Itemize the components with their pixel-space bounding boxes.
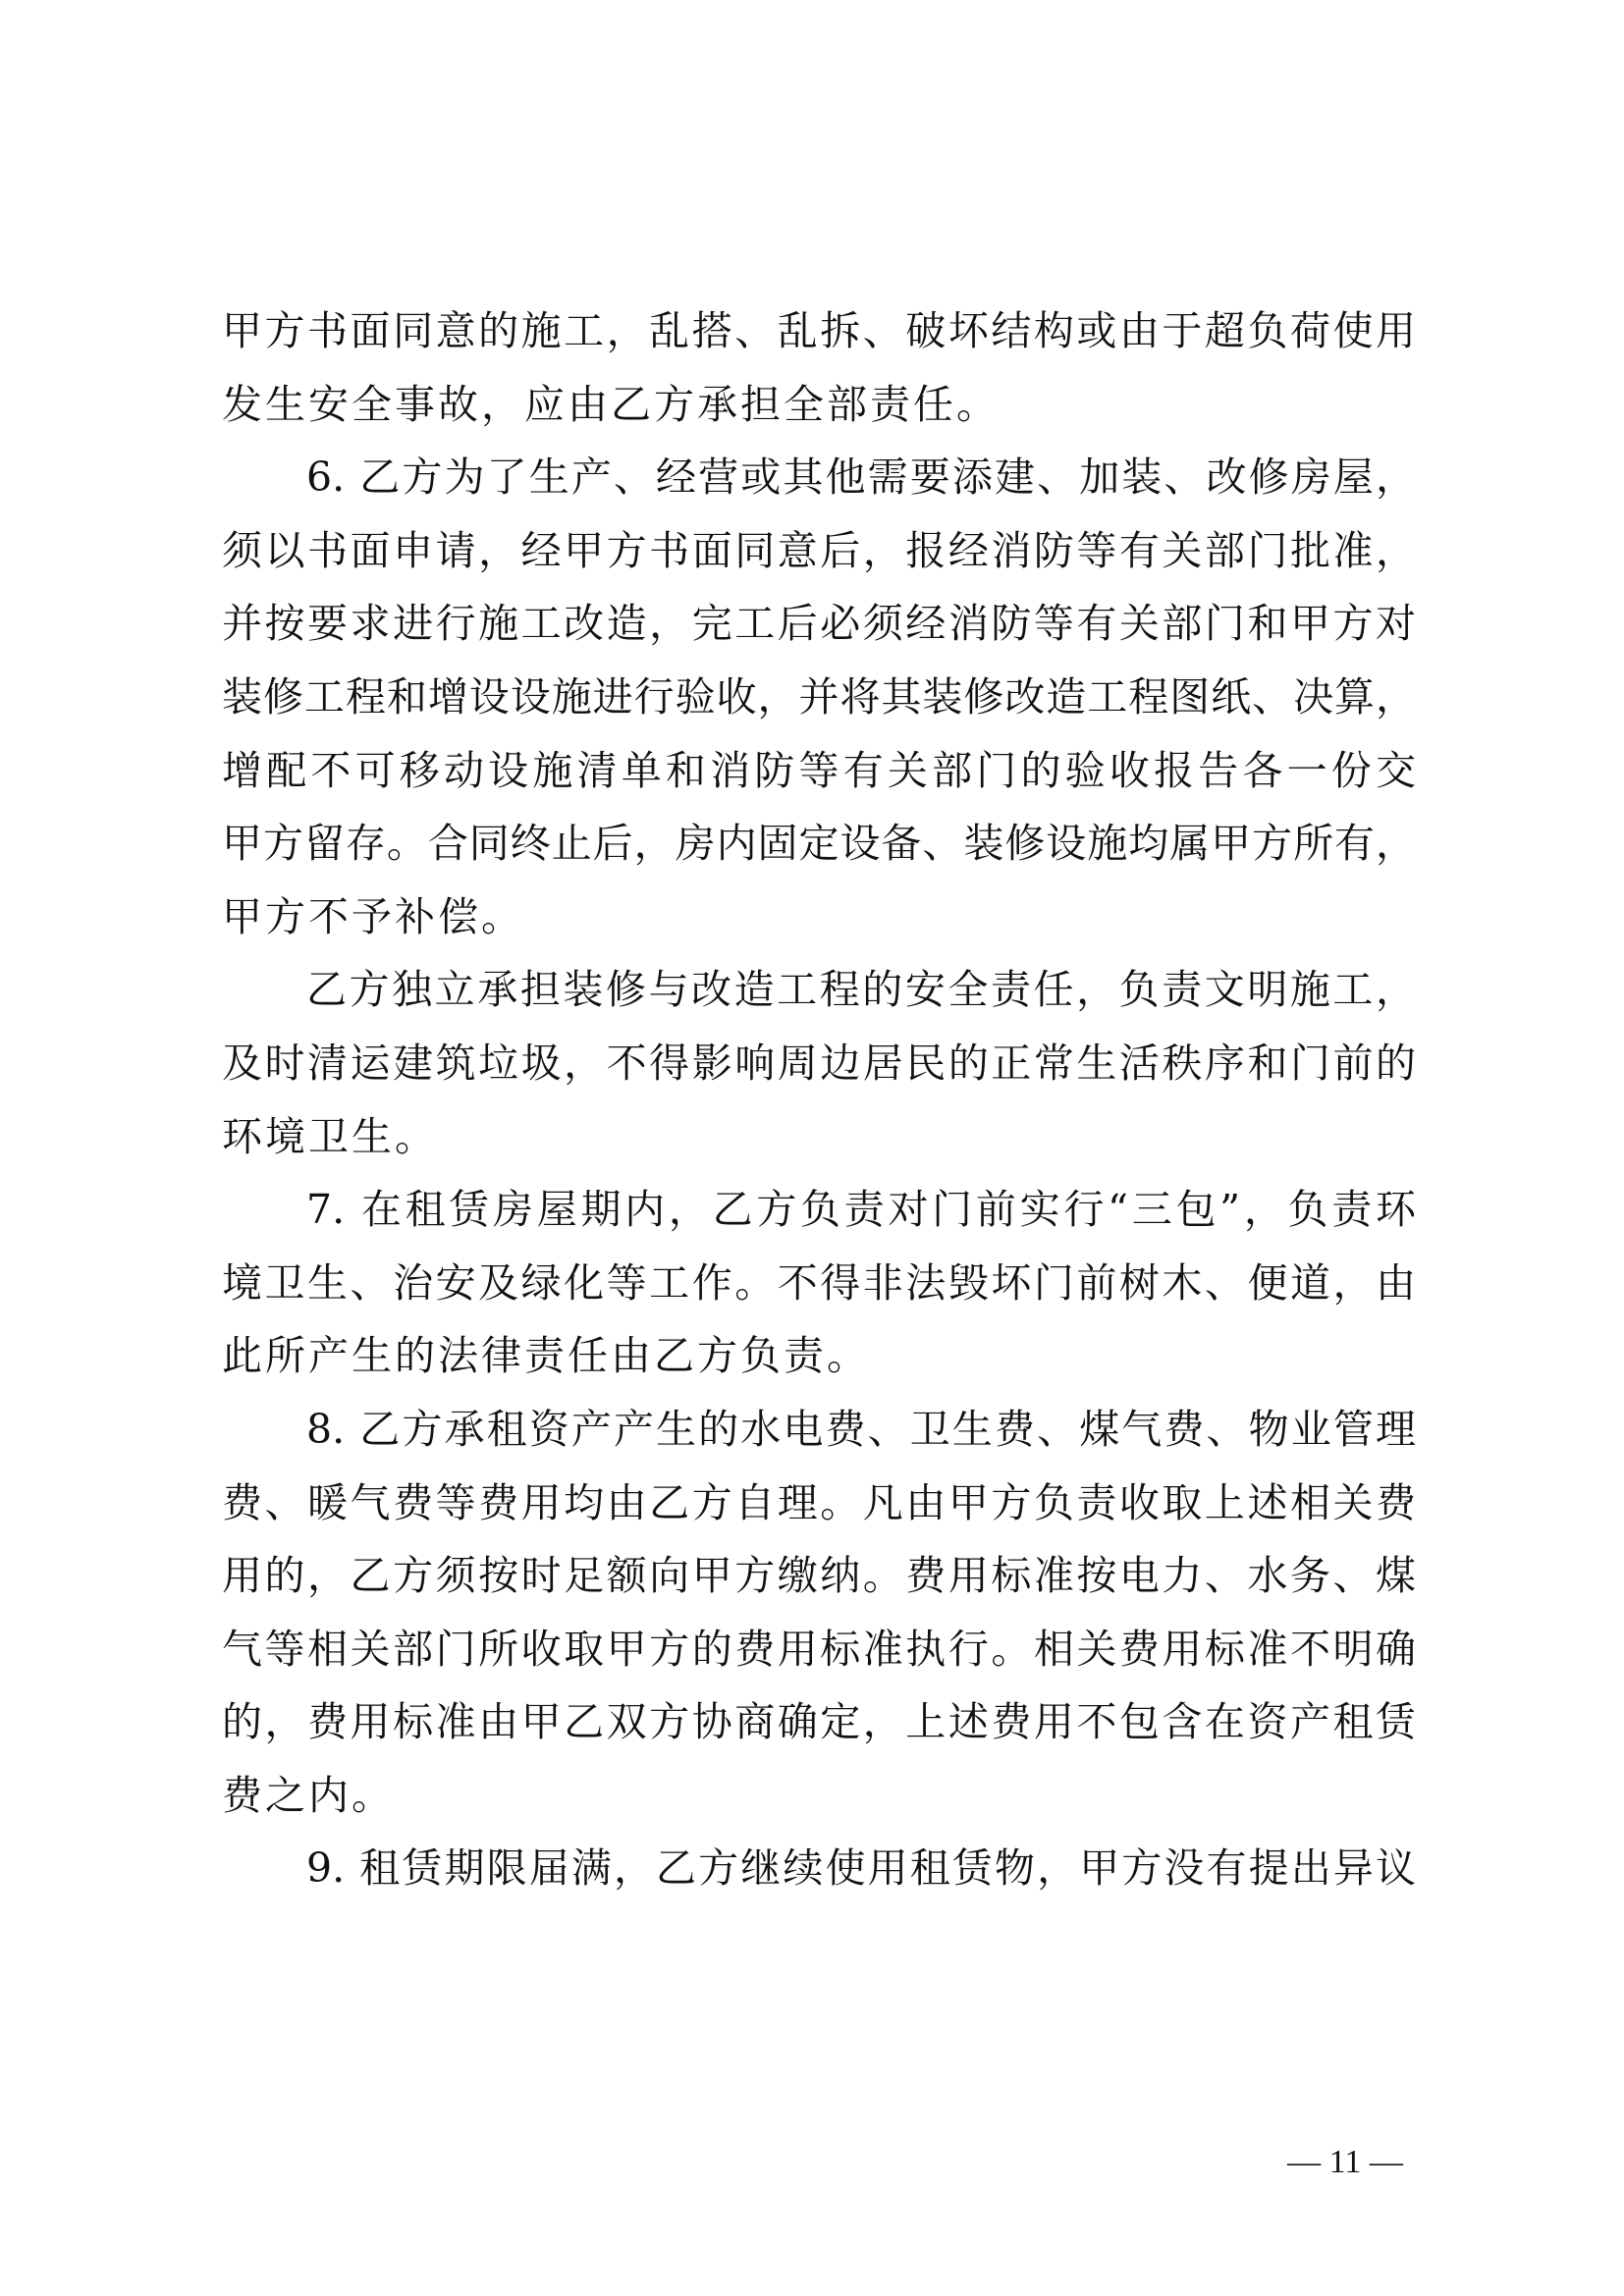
text-line: 8. 乙方承租资产产生的水电费、卫生费、煤气费、物业管理 bbox=[222, 1393, 1416, 1467]
text-line: 并按要求进行施工改造，完工后必须经消防等有关部门和甲方对 bbox=[222, 587, 1416, 661]
text-line: 的，费用标准由甲乙双方协商确定，上述费用不包含在资产租赁 bbox=[222, 1685, 1416, 1759]
paragraph-clause-7: 7. 在租赁房屋期内，乙方负责对门前实行“三包”，负责环 境卫生、治安及绿化等工… bbox=[222, 1173, 1416, 1393]
text-line: 环境卫生。 bbox=[222, 1100, 1416, 1174]
text-line: 此所产生的法律责任由乙方负责。 bbox=[222, 1319, 1416, 1393]
paragraph-clause-9: 9. 租赁期限届满，乙方继续使用租赁物，甲方没有提出异议 bbox=[222, 1832, 1416, 1905]
text-line: 7. 在租赁房屋期内，乙方负责对门前实行“三包”，负责环 bbox=[222, 1173, 1416, 1247]
text-line: 9. 租赁期限届满，乙方继续使用租赁物，甲方没有提出异议 bbox=[222, 1832, 1416, 1905]
text-line: 乙方独立承担装修与改造工程的安全责任，负责文明施工， bbox=[222, 953, 1416, 1027]
text-line: 及时清运建筑垃圾，不得影响周边居民的正常生活秩序和门前的 bbox=[222, 1027, 1416, 1100]
text-line: 境卫生、治安及绿化等工作。不得非法毁坏门前树木、便道，由 bbox=[222, 1247, 1416, 1320]
text-line: 费、暖气费等费用均由乙方自理。凡由甲方负责收取上述相关费 bbox=[222, 1467, 1416, 1540]
text-line: 装修工程和增设设施进行验收，并将其装修改造工程图纸、决算， bbox=[222, 661, 1416, 734]
text-line: 增配不可移动设施清单和消防等有关部门的验收报告各一份交 bbox=[222, 734, 1416, 808]
text-line: 须以书面申请，经甲方书面同意后，报经消防等有关部门批准， bbox=[222, 514, 1416, 588]
paragraph-clause-6: 6. 乙方为了生产、经营或其他需要添建、加装、改修房屋， 须以书面申请，经甲方书… bbox=[222, 441, 1416, 953]
text-line: 甲方不予补偿。 bbox=[222, 881, 1416, 954]
text-line: 发生安全事故，应由乙方承担全部责任。 bbox=[222, 368, 1416, 442]
text-line: 甲方留存。合同终止后，房内固定设备、装修设施均属甲方所有， bbox=[222, 807, 1416, 881]
document-body: 甲方书面同意的施工，乱搭、乱拆、破坏结构或由于超负荷使用 发生安全事故，应由乙方… bbox=[222, 294, 1416, 1905]
paragraph-clause-5-continued: 甲方书面同意的施工，乱搭、乱拆、破坏结构或由于超负荷使用 发生安全事故，应由乙方… bbox=[222, 294, 1416, 441]
text-line: 费之内。 bbox=[222, 1759, 1416, 1833]
page-number: — 11 — bbox=[1267, 2138, 1424, 2187]
paragraph-clause-8: 8. 乙方承租资产产生的水电费、卫生费、煤气费、物业管理 费、暖气费等费用均由乙… bbox=[222, 1393, 1416, 1833]
text-line: 气等相关部门所收取甲方的费用标准执行。相关费用标准不明确 bbox=[222, 1613, 1416, 1686]
text-line: 甲方书面同意的施工，乱搭、乱拆、破坏结构或由于超负荷使用 bbox=[222, 294, 1416, 368]
text-line: 6. 乙方为了生产、经营或其他需要添建、加装、改修房屋， bbox=[222, 441, 1416, 514]
document-page: 甲方书面同意的施工，乱搭、乱拆、破坏结构或由于超负荷使用 发生安全事故，应由乙方… bbox=[0, 0, 1624, 2296]
text-line: 用的，乙方须按时足额向甲方缴纳。费用标准按电力、水务、煤 bbox=[222, 1539, 1416, 1613]
paragraph-clause-6-safety: 乙方独立承担装修与改造工程的安全责任，负责文明施工， 及时清运建筑垃圾，不得影响… bbox=[222, 953, 1416, 1173]
